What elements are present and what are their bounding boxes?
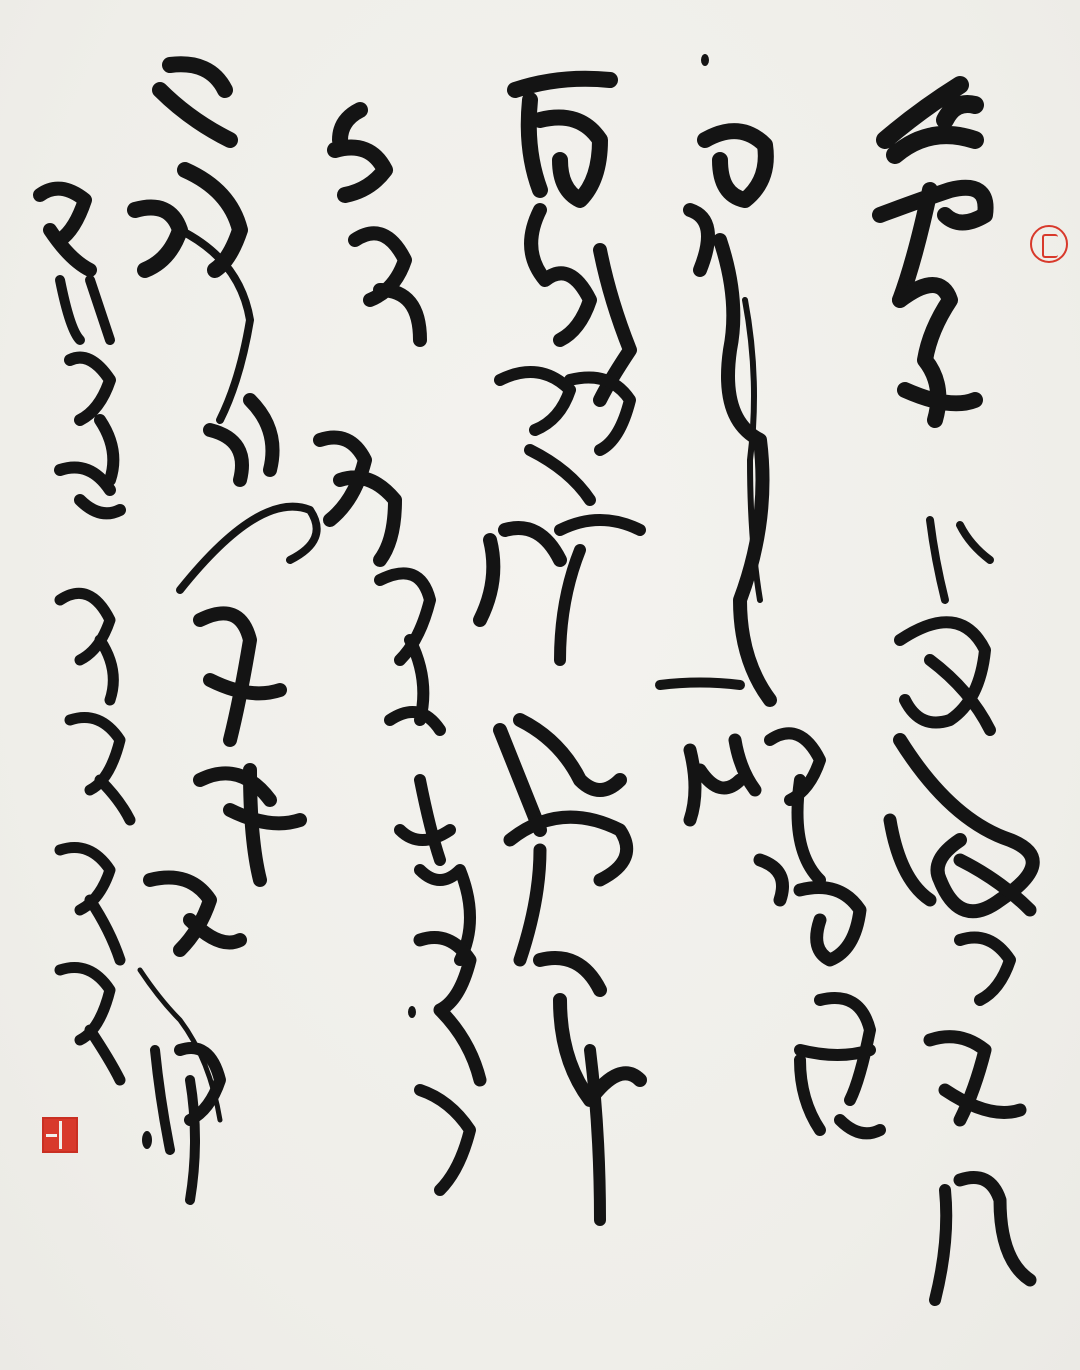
column-2 (660, 131, 880, 1133)
square-red-seal (42, 1117, 78, 1153)
round-red-seal (1030, 225, 1068, 263)
column-6 (40, 189, 130, 1080)
column-4 (320, 110, 480, 1190)
column-3 (480, 79, 640, 1220)
calligraphy-artwork (0, 0, 1080, 1370)
ink-brushwork (0, 0, 1080, 1370)
column-1 (880, 85, 1033, 1300)
column-5 (135, 64, 317, 1200)
